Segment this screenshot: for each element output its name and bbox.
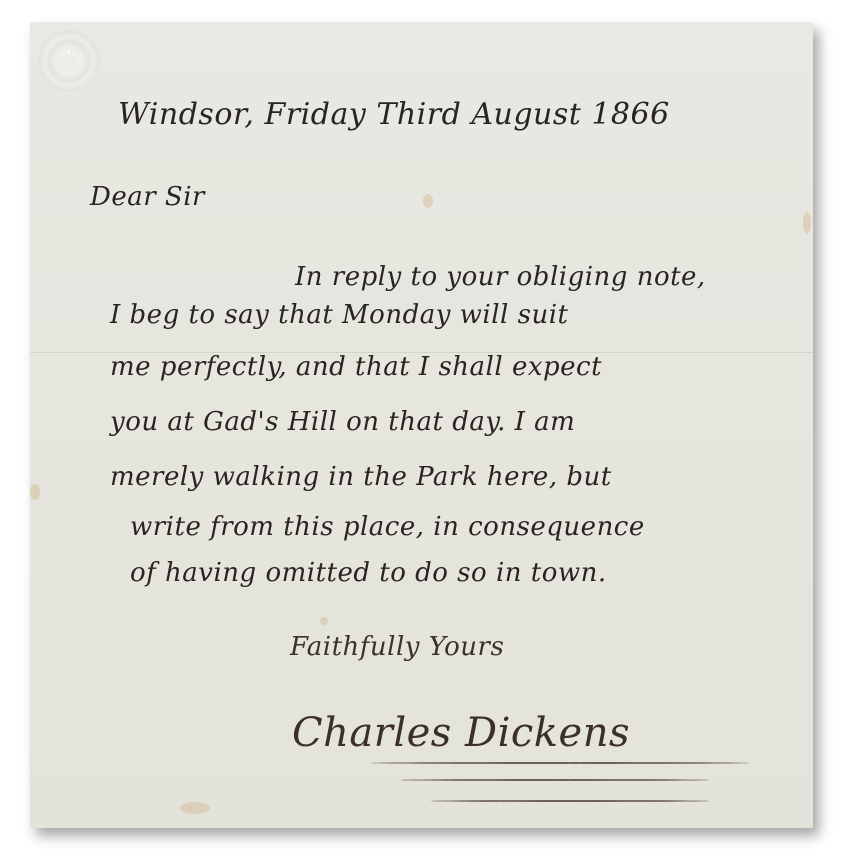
signature: Charles Dickens bbox=[292, 710, 630, 756]
prince-of-wales-feathers-icon: ⚜ bbox=[58, 44, 80, 72]
letter-body-line: In reply to your obliging note, bbox=[295, 262, 706, 292]
foxing-stain bbox=[180, 802, 210, 814]
letter-body-line: me perfectly, and that I shall expect bbox=[110, 352, 602, 382]
signature-flourish-line bbox=[430, 800, 710, 802]
letter-body-line: merely walking in the Park here, but bbox=[110, 462, 612, 492]
foxing-stain bbox=[30, 484, 40, 500]
signature-flourish-line bbox=[400, 779, 710, 781]
foxing-stain bbox=[320, 617, 328, 625]
letter-body-line: you at Gad's Hill on that day. I am bbox=[110, 407, 575, 437]
letter-salutation: Dear Sir bbox=[90, 182, 205, 212]
foxing-stain bbox=[803, 212, 811, 234]
letter-body-line: of having omitted to do so in town. bbox=[130, 558, 607, 588]
signature-flourish-line bbox=[370, 762, 750, 764]
letter-dateline: Windsor, Friday Third August 1866 bbox=[118, 97, 670, 132]
letter-body-line: I beg to say that Monday will suit bbox=[110, 300, 568, 330]
embossed-seal: ⚜ bbox=[38, 30, 100, 92]
letter-body-line: write from this place, in consequence bbox=[130, 512, 645, 542]
letter-paper: ⚜ Windsor, Friday Third August 1866 Dear… bbox=[30, 22, 813, 828]
letter-closing: Faithfully Yours bbox=[290, 632, 504, 662]
foxing-stain bbox=[423, 194, 433, 208]
